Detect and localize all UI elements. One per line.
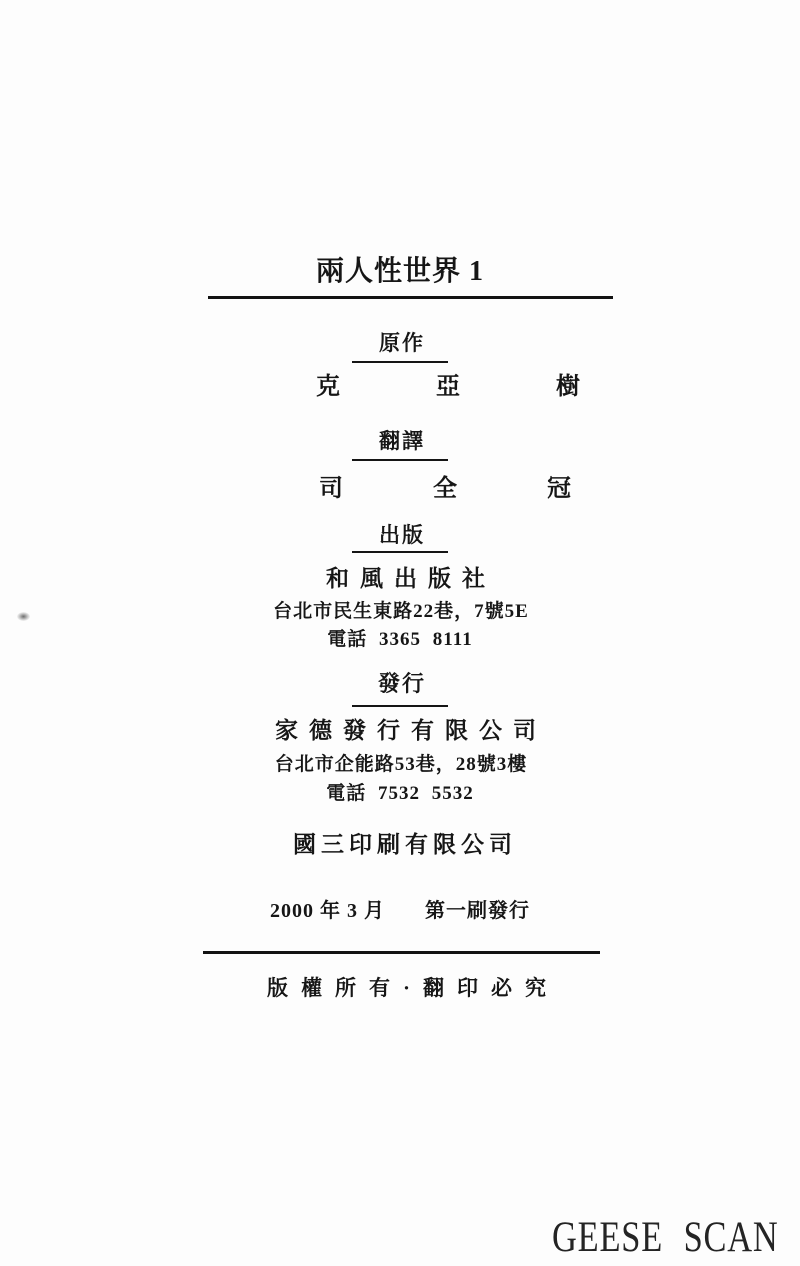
edition-note: 第一刷發行: [425, 901, 530, 921]
author-name: 克亞樹: [0, 375, 800, 399]
edition-line: 2000 年 3 月 第一刷發行: [0, 901, 800, 921]
publisher-name: 和風出版社: [0, 567, 800, 590]
title-rule: [208, 296, 613, 299]
distributor-address: 台北市企能路53巷，28號3樓: [0, 755, 800, 774]
edition-date: 2000 年 3 月: [270, 901, 385, 921]
publish-label: 出版: [0, 525, 800, 546]
distribution-label: 發行: [0, 673, 800, 695]
publisher-phone: 電話 3365 8111: [0, 630, 800, 649]
publish-label-underline: [352, 551, 448, 553]
colophon-page: 兩人性世界 1 原作 克亞樹 翻譯 司全冠 出版 和風出版社 台北市民生東路22…: [0, 0, 800, 1266]
book-title: 兩人性世界 1: [0, 258, 800, 286]
distributor-phone: 電話 7532 5532: [0, 784, 800, 803]
copyright-rule: [203, 951, 600, 954]
copyright-notice: 版權所有·翻印必究: [0, 978, 800, 999]
publisher-address: 台北市民生東路22巷，7號5E: [0, 602, 800, 621]
printer-name: 國三印刷有限公司: [0, 833, 800, 856]
scan-speck-artifact: [17, 612, 30, 621]
scanner-watermark: GEESE SCAN: [552, 1216, 779, 1259]
distributor-name: 家德發行有限公司: [0, 719, 800, 742]
translation-label: 翻譯: [0, 431, 800, 452]
original-work-label: 原作: [0, 333, 800, 354]
distribution-label-underline: [352, 705, 448, 707]
original-label-underline: [352, 361, 448, 363]
translation-label-underline: [352, 459, 448, 461]
translator-name: 司全冠: [0, 477, 800, 501]
